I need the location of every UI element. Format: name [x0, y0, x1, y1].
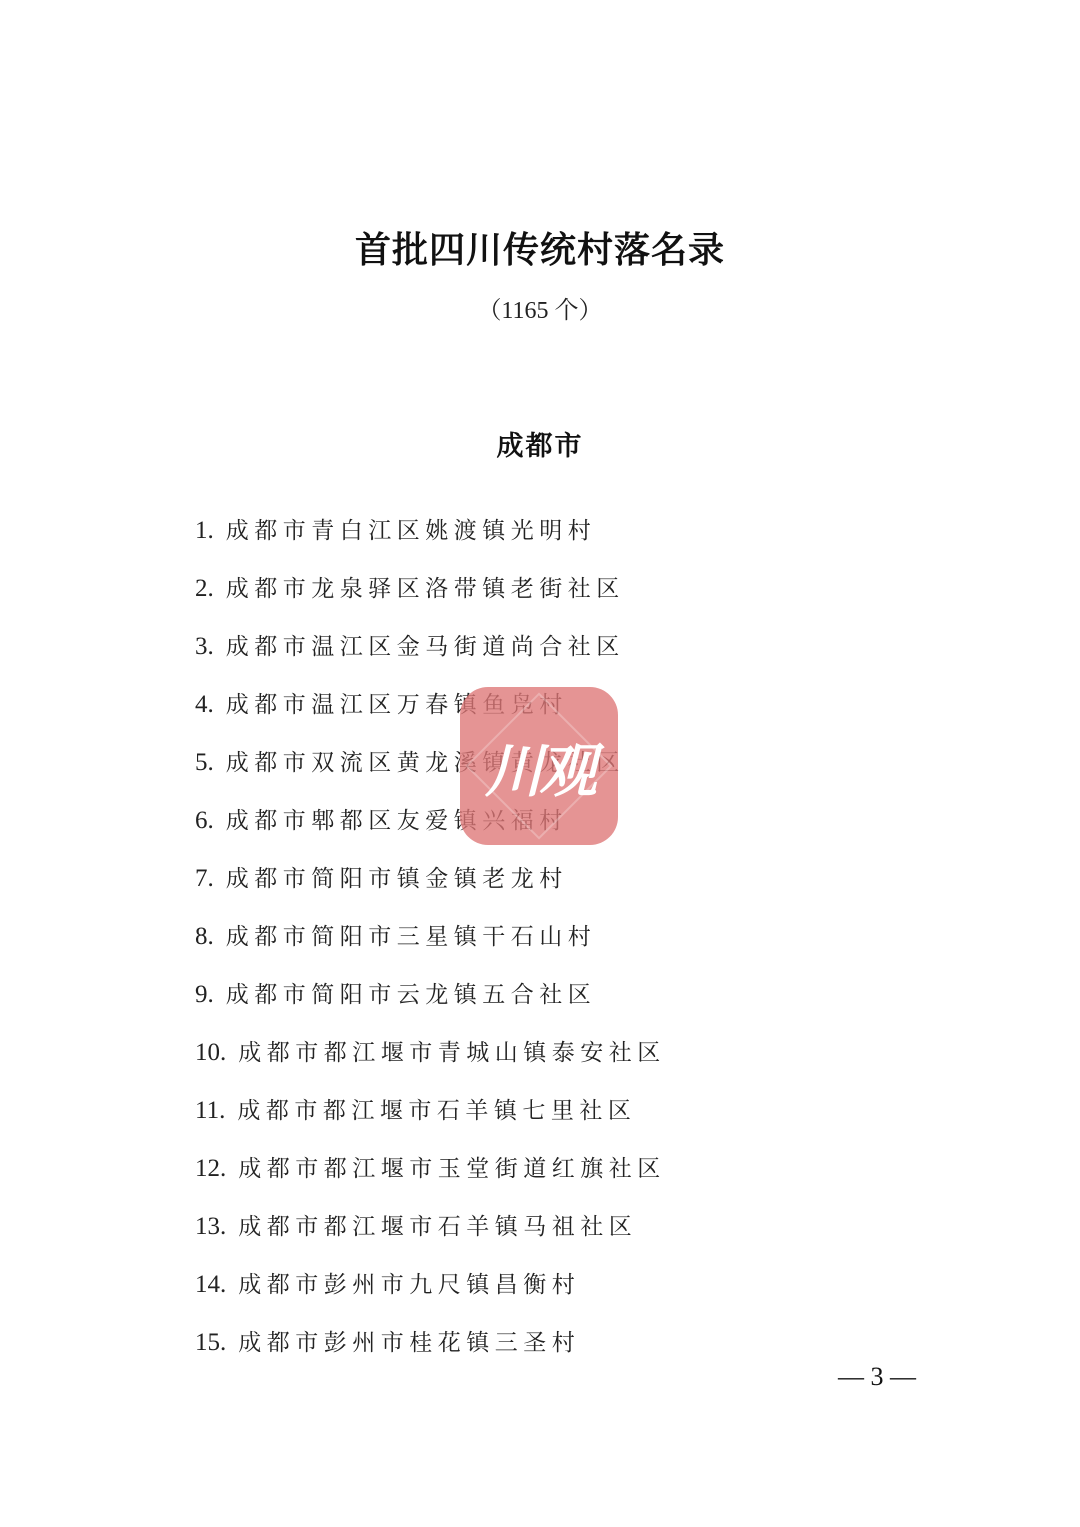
list-item: 1.成都市青白江区姚渡镇光明村	[195, 510, 666, 568]
list-item: 9.成都市简阳市云龙镇五合社区	[195, 974, 666, 1032]
village-name: 成都市彭州市桂花镇三圣村	[238, 1330, 580, 1356]
page-number: — 3 —	[838, 1362, 916, 1392]
list-item: 11.成都市都江堰市石羊镇七里社区	[195, 1090, 666, 1148]
item-number: 12.	[195, 1149, 226, 1189]
list-item: 13.成都市都江堰市石羊镇马祖社区	[195, 1206, 666, 1264]
village-name: 成都市简阳市云龙镇五合社区	[226, 982, 597, 1008]
village-name: 成都市彭州市九尺镇昌衡村	[238, 1272, 580, 1298]
item-number: 5.	[195, 743, 214, 783]
item-number: 7.	[195, 859, 214, 899]
list-item: 8.成都市简阳市三星镇干石山村	[195, 916, 666, 974]
village-name: 成都市简阳市镇金镇老龙村	[226, 866, 568, 892]
village-name: 成都市简阳市三星镇干石山村	[226, 924, 597, 950]
village-name: 成都市温江区金马街道尚合社区	[226, 634, 625, 660]
item-number: 10.	[195, 1033, 226, 1073]
item-number: 13.	[195, 1207, 226, 1247]
document-subtitle-count: （1165 个）	[0, 290, 1080, 325]
list-item: 3.成都市温江区金马街道尚合社区	[195, 626, 666, 684]
item-number: 1.	[195, 511, 214, 551]
list-item: 2.成都市龙泉驿区洛带镇老街社区	[195, 568, 666, 626]
list-item: 10.成都市都江堰市青城山镇泰安社区	[195, 1032, 666, 1090]
item-number: 6.	[195, 801, 214, 841]
village-name: 成都市龙泉驿区洛带镇老街社区	[226, 576, 625, 602]
item-number: 9.	[195, 975, 214, 1015]
village-name: 成都市都江堰市石羊镇马祖社区	[238, 1214, 637, 1240]
item-number: 15.	[195, 1323, 226, 1363]
item-number: 4.	[195, 685, 214, 725]
list-item: 14.成都市彭州市九尺镇昌衡村	[195, 1264, 666, 1322]
item-number: 11.	[195, 1091, 225, 1131]
chuanguan-watermark-logo: 川观	[460, 687, 618, 845]
item-number: 3.	[195, 627, 214, 667]
village-name: 成都市都江堰市玉堂街道红旗社区	[238, 1156, 666, 1182]
item-number: 2.	[195, 569, 214, 609]
document-title: 首批四川传统村落名录	[0, 222, 1080, 273]
village-name: 成都市都江堰市石羊镇七里社区	[237, 1098, 636, 1124]
item-number: 14.	[195, 1265, 226, 1305]
list-item: 15.成都市彭州市桂花镇三圣村	[195, 1322, 666, 1380]
village-list: 1.成都市青白江区姚渡镇光明村 2.成都市龙泉驿区洛带镇老街社区 3.成都市温江…	[195, 510, 666, 1380]
watermark-text: 川观	[485, 724, 593, 808]
village-name: 成都市青白江区姚渡镇光明村	[226, 518, 597, 544]
village-name: 成都市都江堰市青城山镇泰安社区	[238, 1040, 666, 1066]
item-number: 8.	[195, 917, 214, 957]
section-heading-chengdu: 成都市	[0, 424, 1080, 463]
list-item: 12.成都市都江堰市玉堂街道红旗社区	[195, 1148, 666, 1206]
list-item: 7.成都市简阳市镇金镇老龙村	[195, 858, 666, 916]
